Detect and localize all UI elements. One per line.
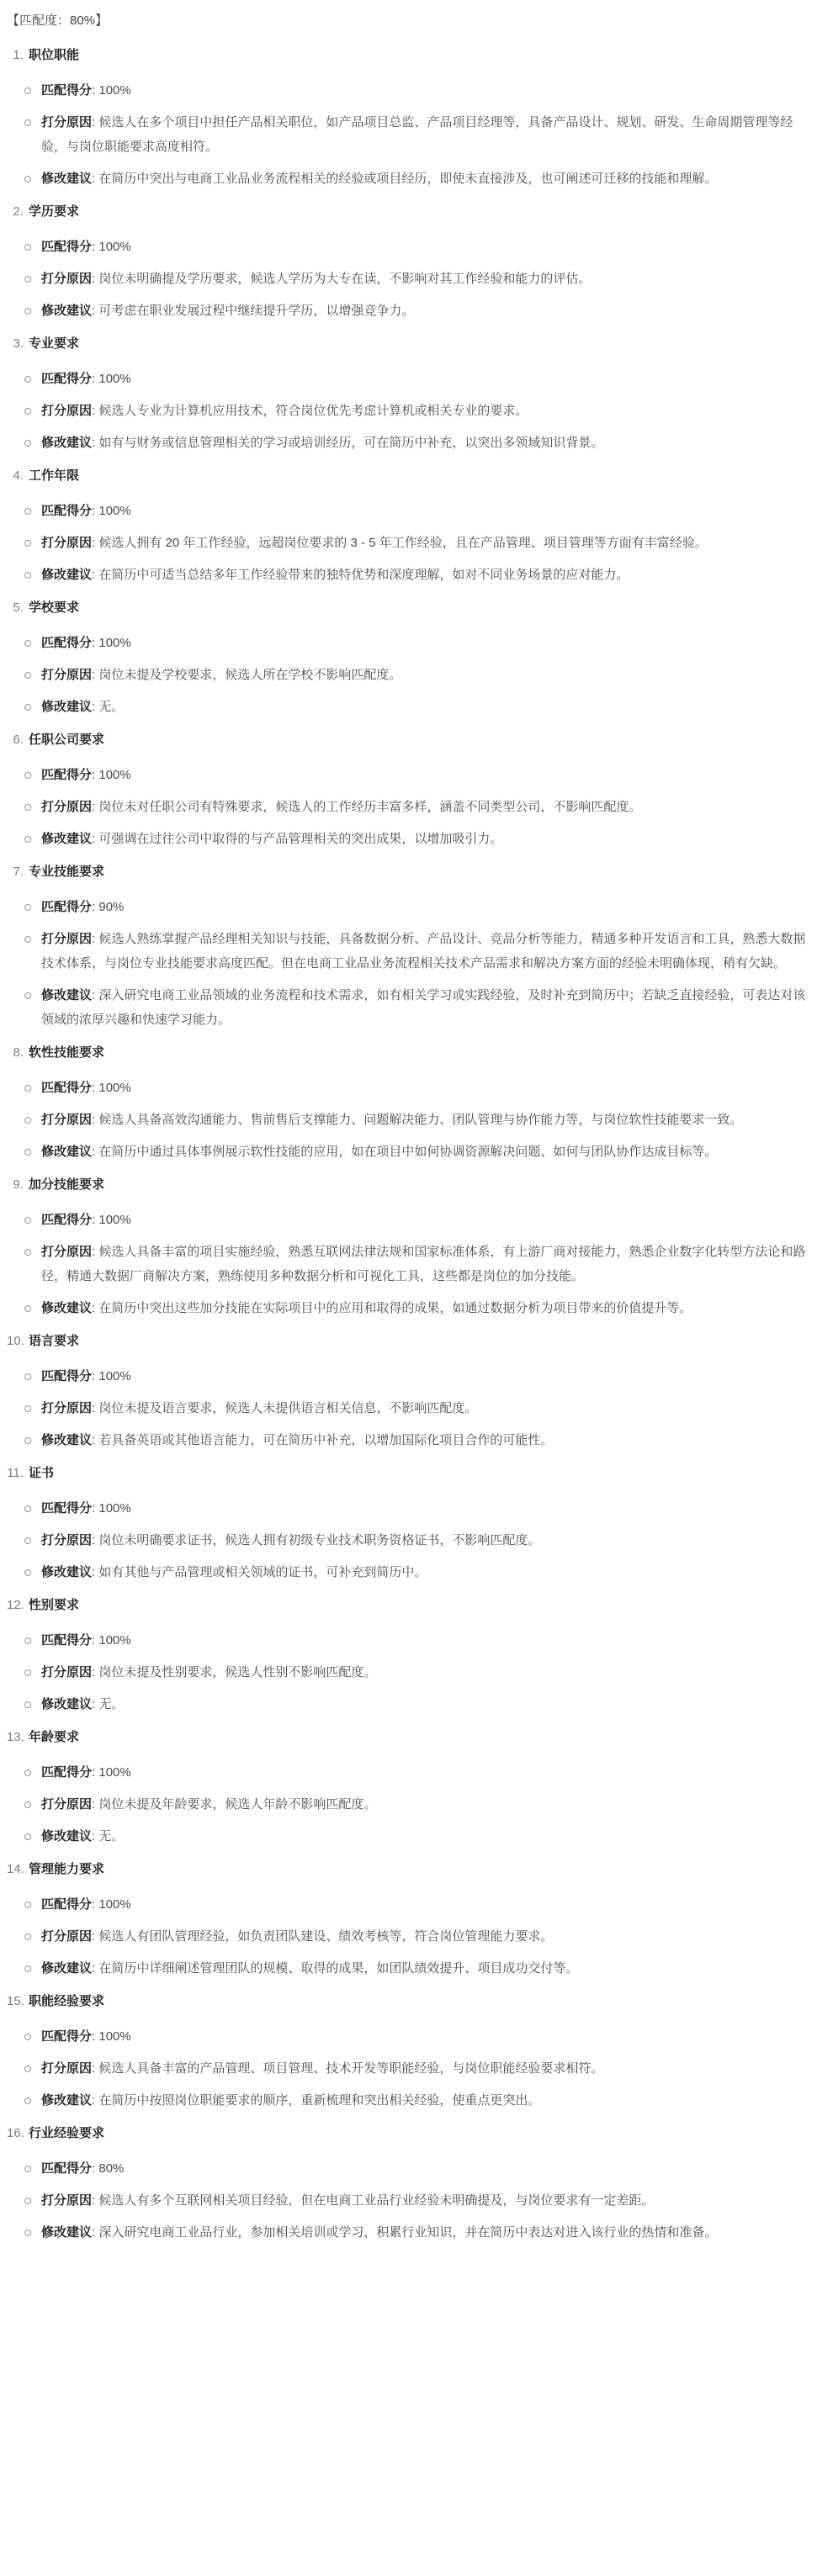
score-row: 匹配得分: 100% bbox=[24, 367, 823, 391]
suggestion-text: 修改建议: 深入研究电商工业品领域的业务流程和技术需求，如有相关学习或实践经验，… bbox=[41, 983, 823, 1032]
score-label: 匹配得分 bbox=[41, 1633, 92, 1648]
score-label: 匹配得分 bbox=[41, 636, 92, 650]
reason-row: 打分原因: 岗位未提及年龄要求，候选人年龄不影响匹配度。 bbox=[24, 1792, 823, 1817]
score-text: 匹配得分: 80% bbox=[41, 2156, 823, 2181]
reason-text: 打分原因: 岗位未明确要求证书，候选人拥有初级专业技术职务资格证书，不影响匹配度… bbox=[41, 1528, 823, 1552]
reason-text: 打分原因: 岗位未对任职公司有特殊要求，候选人的工作经历丰富多样，涵盖不同类型公… bbox=[41, 795, 823, 819]
score-label: 匹配得分 bbox=[41, 504, 92, 518]
score-value: 90% bbox=[98, 900, 124, 914]
score-label: 匹配得分 bbox=[41, 1369, 92, 1383]
circle-bullet-icon bbox=[24, 119, 31, 126]
section-header: 4. 工作年限 bbox=[7, 463, 823, 488]
section-heading: 任职公司要求 bbox=[29, 727, 104, 752]
suggestion-text: 修改建议: 在简历中通过具体事例展示软性技能的应用，如在项目中如何协调资源解决问… bbox=[41, 1140, 823, 1164]
score-text: 匹配得分: 100% bbox=[41, 367, 823, 391]
suggestion-value: 可考虑在职业发展过程中继续提升学历，以增强竞争力。 bbox=[98, 304, 414, 318]
score-value: 100% bbox=[98, 768, 130, 782]
circle-bullet-icon bbox=[24, 1801, 31, 1808]
criteria-section: 15. 职能经验要求 匹配得分: 100% 打分原因: 候选人具备丰富的产品管理… bbox=[7, 1989, 823, 2113]
reason-label: 打分原因 bbox=[41, 932, 92, 946]
circle-bullet-icon bbox=[24, 640, 31, 647]
circle-bullet-icon bbox=[24, 508, 31, 515]
section-header: 8. 软性技能要求 bbox=[7, 1040, 823, 1065]
suggestion-row: 修改建议: 可强调在过往公司中取得的与产品管理相关的突出成果，以增加吸引力。 bbox=[24, 827, 823, 851]
reason-text: 打分原因: 岗位未提及学校要求，候选人所在学校不影响匹配度。 bbox=[41, 663, 823, 687]
section-number: 7. bbox=[7, 860, 24, 884]
suggestion-label: 修改建议 bbox=[41, 1301, 92, 1315]
score-label: 匹配得分 bbox=[41, 900, 92, 914]
criteria-section: 10. 语言要求 匹配得分: 100% 打分原因: 岗位未提及语言要求，候选人未… bbox=[7, 1329, 823, 1452]
score-row: 匹配得分: 100% bbox=[24, 1496, 823, 1521]
section-heading: 行业经验要求 bbox=[29, 2121, 104, 2145]
reason-text: 打分原因: 候选人具备高效沟通能力、售前售后支撑能力、问题解决能力、团队管理与协… bbox=[41, 1108, 823, 1132]
reason-row: 打分原因: 岗位未对任职公司有特殊要求，候选人的工作经历丰富多样，涵盖不同类型公… bbox=[24, 795, 823, 819]
suggestion-label: 修改建议 bbox=[41, 1829, 92, 1843]
suggestion-label: 修改建议 bbox=[41, 304, 92, 318]
reason-label: 打分原因 bbox=[41, 1113, 92, 1127]
suggestion-text: 修改建议: 无。 bbox=[41, 1824, 823, 1849]
score-label: 匹配得分 bbox=[41, 372, 92, 386]
score-value: 100% bbox=[98, 636, 130, 650]
circle-bullet-icon bbox=[24, 1933, 31, 1940]
section-header: 3. 专业要求 bbox=[7, 331, 823, 356]
score-text: 匹配得分: 100% bbox=[41, 1892, 823, 1917]
suggestion-row: 修改建议: 在简历中突出与电商工业品业务流程相关的经验或项目经历，即使未直接涉及… bbox=[24, 167, 823, 191]
reason-text: 打分原因: 候选人在多个项目中担任产品相关职位，如产品项目总监、产品项目经理等，… bbox=[41, 110, 823, 159]
circle-bullet-icon bbox=[24, 1085, 31, 1092]
circle-bullet-icon bbox=[24, 992, 31, 999]
score-label: 匹配得分 bbox=[41, 1213, 92, 1227]
circle-bullet-icon bbox=[24, 1965, 31, 1972]
circle-bullet-icon bbox=[24, 276, 31, 283]
reason-label: 打分原因 bbox=[41, 1245, 92, 1259]
reason-value: 岗位未明确提及学历要求，候选人学历为大专在读，不影响对其工作经验和能力的评估。 bbox=[98, 272, 591, 286]
circle-bullet-icon bbox=[24, 2198, 31, 2204]
criteria-section: 5. 学校要求 匹配得分: 100% 打分原因: 岗位未提及学校要求，候选人所在… bbox=[7, 595, 823, 719]
circle-bullet-icon bbox=[24, 176, 31, 182]
suggestion-label: 修改建议 bbox=[41, 1565, 92, 1579]
circle-bullet-icon bbox=[24, 1117, 31, 1124]
suggestion-row: 修改建议: 在简历中可适当总结多年工作经验带来的独特优势和深度理解，如对不同业务… bbox=[24, 563, 823, 587]
score-row: 匹配得分: 100% bbox=[24, 1628, 823, 1653]
section-number: 6. bbox=[7, 727, 24, 752]
section-heading: 语言要求 bbox=[29, 1329, 79, 1353]
score-row: 匹配得分: 90% bbox=[24, 895, 823, 919]
suggestion-text: 修改建议: 若具备英语或其他语言能力，可在简历中补充，以增加国际化项目合作的可能… bbox=[41, 1428, 823, 1452]
suggestion-text: 修改建议: 在简历中可适当总结多年工作经验带来的独特优势和深度理解，如对不同业务… bbox=[41, 563, 823, 587]
score-text: 匹配得分: 90% bbox=[41, 895, 823, 919]
circle-bullet-icon bbox=[24, 672, 31, 679]
suggestion-label: 修改建议 bbox=[41, 832, 92, 846]
circle-bullet-icon bbox=[24, 1569, 31, 1576]
criteria-section: 8. 软性技能要求 匹配得分: 100% 打分原因: 候选人具备高效沟通能力、售… bbox=[7, 1040, 823, 1164]
section-detail-list: 匹配得分: 100% 打分原因: 岗位未对任职公司有特殊要求，候选人的工作经历丰… bbox=[7, 763, 823, 851]
suggestion-row: 修改建议: 如有与财务或信息管理相关的学习或培训经历，可在简历中补充，以突出多领… bbox=[24, 431, 823, 455]
match-report-document: 【匹配度：80%】 1. 职位职能 匹配得分: 100% 打分原因: 候选人在多… bbox=[0, 0, 833, 2267]
section-header: 6. 任职公司要求 bbox=[7, 727, 823, 752]
reason-row: 打分原因: 岗位未提及语言要求，候选人未提供语言相关信息，不影响匹配度。 bbox=[24, 1396, 823, 1420]
score-text: 匹配得分: 100% bbox=[41, 1076, 823, 1100]
reason-value: 岗位未提及年龄要求，候选人年龄不影响匹配度。 bbox=[98, 1797, 376, 1812]
circle-bullet-icon bbox=[24, 408, 31, 415]
score-label: 匹配得分 bbox=[41, 240, 92, 254]
reason-row: 打分原因: 候选人专业为计算机应用技术，符合岗位优先考虑计算机或相关专业的要求。 bbox=[24, 399, 823, 423]
section-number: 14. bbox=[7, 1857, 24, 1881]
suggestion-text: 修改建议: 可考虑在职业发展过程中继续提升学历，以增强竞争力。 bbox=[41, 299, 823, 323]
suggestion-row: 修改建议: 无。 bbox=[24, 695, 823, 719]
section-number: 2. bbox=[7, 199, 24, 224]
circle-bullet-icon bbox=[24, 1537, 31, 1544]
score-row: 匹配得分: 100% bbox=[24, 2024, 823, 2049]
section-detail-list: 匹配得分: 100% 打分原因: 岗位未提及语言要求，候选人未提供语言相关信息，… bbox=[7, 1364, 823, 1452]
score-value: 100% bbox=[98, 2029, 130, 2044]
circle-bullet-icon bbox=[24, 1701, 31, 1708]
circle-bullet-icon bbox=[24, 836, 31, 843]
section-header: 13. 年龄要求 bbox=[7, 1725, 823, 1749]
score-value: 100% bbox=[98, 240, 130, 254]
circle-bullet-icon bbox=[24, 1249, 31, 1256]
section-number: 1. bbox=[7, 43, 24, 67]
section-number: 10. bbox=[7, 1329, 24, 1353]
section-number: 15. bbox=[7, 1989, 24, 2013]
reason-label: 打分原因 bbox=[41, 1929, 92, 1944]
circle-bullet-icon bbox=[24, 1833, 31, 1840]
circle-bullet-icon bbox=[24, 2097, 31, 2104]
section-detail-list: 匹配得分: 100% 打分原因: 候选人具备高效沟通能力、售前售后支撑能力、问题… bbox=[7, 1076, 823, 1164]
reason-text: 打分原因: 候选人专业为计算机应用技术，符合岗位优先考虑计算机或相关专业的要求。 bbox=[41, 399, 823, 423]
score-value: 100% bbox=[98, 83, 130, 98]
suggestion-row: 修改建议: 在简历中突出这些加分技能在实际项目中的应用和取得的成果，如通过数据分… bbox=[24, 1296, 823, 1320]
score-label: 匹配得分 bbox=[41, 1501, 92, 1515]
circle-bullet-icon bbox=[24, 376, 31, 383]
suggestion-value: 如有与财务或信息管理相关的学习或培训经历，可在简历中补充，以突出多领域知识背景。 bbox=[98, 436, 603, 450]
circle-bullet-icon bbox=[24, 2066, 31, 2072]
circle-bullet-icon bbox=[24, 1669, 31, 1676]
criteria-section: 6. 任职公司要求 匹配得分: 100% 打分原因: 岗位未对任职公司有特殊要求… bbox=[7, 727, 823, 851]
circle-bullet-icon bbox=[24, 1505, 31, 1512]
score-text: 匹配得分: 100% bbox=[41, 78, 823, 103]
reason-label: 打分原因 bbox=[41, 2061, 92, 2076]
suggestion-value: 在简历中可适当总结多年工作经验带来的独特优势和深度理解，如对不同业务场景的应对能… bbox=[98, 568, 629, 582]
suggestion-value: 在简历中突出这些加分技能在实际项目中的应用和取得的成果，如通过数据分析为项目带来… bbox=[98, 1301, 692, 1315]
suggestion-row: 修改建议: 可考虑在职业发展过程中继续提升学历，以增强竞争力。 bbox=[24, 299, 823, 323]
suggestion-value: 可强调在过往公司中取得的与产品管理相关的突出成果，以增加吸引力。 bbox=[98, 832, 502, 846]
section-detail-list: 匹配得分: 100% 打分原因: 候选人有团队管理经验，如负责团队建设、绩效考核… bbox=[7, 1892, 823, 1981]
reason-value: 岗位未提及学校要求，候选人所在学校不影响匹配度。 bbox=[98, 668, 401, 682]
reason-row: 打分原因: 候选人熟练掌握产品经理相关知识与技能，具备数据分析、产品设计、竞品分… bbox=[24, 927, 823, 976]
suggestion-text: 修改建议: 可强调在过往公司中取得的与产品管理相关的突出成果，以增加吸引力。 bbox=[41, 827, 823, 851]
suggestion-label: 修改建议 bbox=[41, 436, 92, 450]
score-value: 100% bbox=[98, 1897, 130, 1912]
section-number: 13. bbox=[7, 1725, 24, 1749]
reason-label: 打分原因 bbox=[41, 1401, 92, 1415]
score-text: 匹配得分: 100% bbox=[41, 1760, 823, 1785]
circle-bullet-icon bbox=[24, 1217, 31, 1224]
suggestion-row: 修改建议: 深入研究电商工业品领域的业务流程和技术需求，如有相关学习或实践经验，… bbox=[24, 983, 823, 1032]
score-text: 匹配得分: 100% bbox=[41, 2024, 823, 2049]
section-number: 9. bbox=[7, 1172, 24, 1197]
section-heading: 工作年限 bbox=[29, 463, 79, 488]
suggestion-label: 修改建议 bbox=[41, 988, 92, 1002]
suggestion-text: 修改建议: 在简历中突出这些加分技能在实际项目中的应用和取得的成果，如通过数据分… bbox=[41, 1296, 823, 1320]
circle-bullet-icon bbox=[24, 2230, 31, 2236]
section-detail-list: 匹配得分: 100% 打分原因: 候选人专业为计算机应用技术，符合岗位优先考虑计… bbox=[7, 367, 823, 455]
score-value: 80% bbox=[98, 2161, 124, 2176]
criteria-section: 14. 管理能力要求 匹配得分: 100% 打分原因: 候选人有团队管理经验，如… bbox=[7, 1857, 823, 1981]
score-row: 匹配得分: 100% bbox=[24, 78, 823, 103]
section-detail-list: 匹配得分: 100% 打分原因: 候选人在多个项目中担任产品相关职位，如产品项目… bbox=[7, 78, 823, 191]
section-header: 9. 加分技能要求 bbox=[7, 1172, 823, 1197]
reason-row: 打分原因: 岗位未提及学校要求，候选人所在学校不影响匹配度。 bbox=[24, 663, 823, 687]
suggestion-label: 修改建议 bbox=[41, 700, 92, 714]
suggestion-text: 修改建议: 无。 bbox=[41, 1692, 823, 1716]
section-heading: 职能经验要求 bbox=[29, 1989, 104, 2013]
circle-bullet-icon bbox=[24, 1405, 31, 1412]
reason-text: 打分原因: 候选人具备丰富的产品管理、项目管理、技术开发等职能经验，与岗位职能经… bbox=[41, 2056, 823, 2081]
reason-label: 打分原因 bbox=[41, 115, 92, 130]
score-text: 匹配得分: 100% bbox=[41, 499, 823, 523]
section-heading: 年龄要求 bbox=[29, 1725, 79, 1749]
circle-bullet-icon bbox=[24, 936, 31, 943]
reason-label: 打分原因 bbox=[41, 272, 92, 286]
section-heading: 职位职能 bbox=[29, 43, 79, 67]
section-header: 16. 行业经验要求 bbox=[7, 2121, 823, 2145]
reason-value: 候选人专业为计算机应用技术，符合岗位优先考虑计算机或相关专业的要求。 bbox=[98, 404, 528, 418]
criteria-sections-list: 1. 职位职能 匹配得分: 100% 打分原因: 候选人在多个项目中担任产品相关… bbox=[7, 43, 823, 2245]
section-detail-list: 匹配得分: 100% 打分原因: 岗位未明确要求证书，候选人拥有初级专业技术职务… bbox=[7, 1496, 823, 1584]
suggestion-value: 无。 bbox=[98, 1829, 124, 1843]
reason-row: 打分原因: 岗位未明确要求证书，候选人拥有初级专业技术职务资格证书，不影响匹配度… bbox=[24, 1528, 823, 1552]
suggestion-label: 修改建议 bbox=[41, 1433, 92, 1447]
reason-row: 打分原因: 候选人有团队管理经验，如负责团队建设、绩效考核等，符合岗位管理能力要… bbox=[24, 1924, 823, 1949]
criteria-section: 2. 学历要求 匹配得分: 100% 打分原因: 岗位未明确提及学历要求，候选人… bbox=[7, 199, 823, 323]
score-label: 匹配得分 bbox=[41, 1765, 92, 1780]
suggestion-row: 修改建议: 无。 bbox=[24, 1824, 823, 1849]
section-number: 12. bbox=[7, 1593, 24, 1617]
circle-bullet-icon bbox=[24, 1305, 31, 1312]
criteria-section: 4. 工作年限 匹配得分: 100% 打分原因: 候选人拥有 20 年工作经验，… bbox=[7, 463, 823, 587]
score-text: 匹配得分: 100% bbox=[41, 1208, 823, 1232]
score-row: 匹配得分: 100% bbox=[24, 1076, 823, 1100]
criteria-section: 9. 加分技能要求 匹配得分: 100% 打分原因: 候选人具备丰富的项目实施经… bbox=[7, 1172, 823, 1320]
section-header: 5. 学校要求 bbox=[7, 595, 823, 620]
reason-value: 候选人有多个互联网相关项目经验，但在电商工业品行业经验未明确提及，与岗位要求有一… bbox=[98, 2193, 654, 2208]
section-header: 2. 学历要求 bbox=[7, 199, 823, 224]
reason-row: 打分原因: 候选人拥有 20 年工作经验，远超岗位要求的 3 - 5 年工作经验… bbox=[24, 531, 823, 555]
reason-row: 打分原因: 候选人具备丰富的项目实施经验，熟悉互联网法律法规和国家标准体系，有上… bbox=[24, 1240, 823, 1288]
reason-text: 打分原因: 候选人具备丰富的项目实施经验，熟悉互联网法律法规和国家标准体系，有上… bbox=[41, 1240, 823, 1288]
section-detail-list: 匹配得分: 100% 打分原因: 岗位未提及性别要求，候选人性别不影响匹配度。 … bbox=[7, 1628, 823, 1716]
circle-bullet-icon bbox=[24, 1902, 31, 1908]
score-value: 100% bbox=[98, 1633, 130, 1648]
reason-text: 打分原因: 岗位未提及年龄要求，候选人年龄不影响匹配度。 bbox=[41, 1792, 823, 1817]
reason-label: 打分原因 bbox=[41, 536, 92, 550]
section-heading: 证书 bbox=[29, 1461, 54, 1485]
suggestion-row: 修改建议: 若具备英语或其他语言能力，可在简历中补充，以增加国际化项目合作的可能… bbox=[24, 1428, 823, 1452]
circle-bullet-icon bbox=[24, 1149, 31, 1156]
score-label: 匹配得分 bbox=[41, 2161, 92, 2176]
reason-label: 打分原因 bbox=[41, 2193, 92, 2208]
score-row: 匹配得分: 100% bbox=[24, 235, 823, 259]
score-label: 匹配得分 bbox=[41, 83, 92, 98]
suggestion-row: 修改建议: 无。 bbox=[24, 1692, 823, 1716]
reason-label: 打分原因 bbox=[41, 800, 92, 814]
score-text: 匹配得分: 100% bbox=[41, 763, 823, 787]
suggestion-value: 深入研究电商工业品领域的业务流程和技术需求，如有相关学习或实践经验，及时补充到简… bbox=[41, 988, 805, 1027]
suggestion-value: 无。 bbox=[98, 1697, 124, 1711]
circle-bullet-icon bbox=[24, 1769, 31, 1776]
circle-bullet-icon bbox=[24, 704, 31, 711]
suggestion-value: 深入研究电商工业品行业，参加相关培训或学习，积累行业知识，并在简历中表达对进入该… bbox=[98, 2225, 717, 2240]
circle-bullet-icon bbox=[24, 1637, 31, 1644]
section-number: 3. bbox=[7, 331, 24, 356]
suggestion-text: 修改建议: 在简历中详细阐述管理团队的规模、取得的成果，如团队绩效提升、项目成功… bbox=[41, 1956, 823, 1981]
suggestion-label: 修改建议 bbox=[41, 2093, 92, 2108]
reason-text: 打分原因: 候选人熟练掌握产品经理相关知识与技能，具备数据分析、产品设计、竞品分… bbox=[41, 927, 823, 976]
reason-row: 打分原因: 岗位未提及性别要求，候选人性别不影响匹配度。 bbox=[24, 1660, 823, 1685]
suggestion-value: 在简历中详细阐述管理团队的规模、取得的成果，如团队绩效提升、项目成功交付等。 bbox=[98, 1961, 578, 1976]
circle-bullet-icon bbox=[24, 1437, 31, 1444]
score-label: 匹配得分 bbox=[41, 768, 92, 782]
suggestion-text: 修改建议: 深入研究电商工业品行业，参加相关培训或学习，积累行业知识，并在简历中… bbox=[41, 2220, 823, 2245]
reason-value: 候选人有团队管理经验，如负责团队建设、绩效考核等，符合岗位管理能力要求。 bbox=[98, 1929, 553, 1944]
score-value: 100% bbox=[98, 1081, 130, 1095]
criteria-section: 16. 行业经验要求 匹配得分: 80% 打分原因: 候选人有多个互联网相关项目… bbox=[7, 2121, 823, 2245]
circle-bullet-icon bbox=[24, 308, 31, 315]
suggestion-value: 无。 bbox=[98, 700, 124, 714]
section-header: 14. 管理能力要求 bbox=[7, 1857, 823, 1881]
circle-bullet-icon bbox=[24, 440, 31, 447]
section-detail-list: 匹配得分: 100% 打分原因: 岗位未明确提及学历要求，候选人学历为大专在读，… bbox=[7, 235, 823, 323]
section-heading: 软性技能要求 bbox=[29, 1040, 104, 1065]
section-heading: 性别要求 bbox=[29, 1593, 79, 1617]
circle-bullet-icon bbox=[24, 804, 31, 811]
score-value: 100% bbox=[98, 504, 130, 518]
reason-value: 岗位未提及语言要求，候选人未提供语言相关信息，不影响匹配度。 bbox=[98, 1401, 477, 1415]
suggestion-value: 在简历中突出与电商工业品业务流程相关的经验或项目经历，即使未直接涉及，也可阐述可… bbox=[98, 172, 717, 186]
reason-row: 打分原因: 候选人具备丰富的产品管理、项目管理、技术开发等职能经验，与岗位职能经… bbox=[24, 2056, 823, 2081]
section-heading: 专业要求 bbox=[29, 331, 79, 356]
criteria-section: 7. 专业技能要求 匹配得分: 90% 打分原因: 候选人熟练掌握产品经理相关知… bbox=[7, 860, 823, 1032]
criteria-section: 12. 性别要求 匹配得分: 100% 打分原因: 岗位未提及性别要求，候选人性… bbox=[7, 1593, 823, 1716]
circle-bullet-icon bbox=[24, 904, 31, 911]
reason-label: 打分原因 bbox=[41, 668, 92, 682]
section-header: 7. 专业技能要求 bbox=[7, 860, 823, 884]
section-number: 11. bbox=[7, 1461, 24, 1485]
score-text: 匹配得分: 100% bbox=[41, 631, 823, 655]
score-label: 匹配得分 bbox=[41, 1081, 92, 1095]
reason-value: 候选人拥有 20 年工作经验，远超岗位要求的 3 - 5 年工作经验，且在产品管… bbox=[98, 536, 707, 550]
reason-value: 岗位未提及性别要求，候选人性别不影响匹配度。 bbox=[98, 1665, 376, 1679]
score-value: 100% bbox=[98, 1501, 130, 1515]
suggestion-row: 修改建议: 深入研究电商工业品行业，参加相关培训或学习，积累行业知识，并在简历中… bbox=[24, 2220, 823, 2245]
suggestion-label: 修改建议 bbox=[41, 1697, 92, 1711]
criteria-section: 13. 年龄要求 匹配得分: 100% 打分原因: 岗位未提及年龄要求，候选人年… bbox=[7, 1725, 823, 1849]
score-row: 匹配得分: 100% bbox=[24, 1760, 823, 1785]
suggestion-value: 如有其他与产品管理或相关领域的证书，可补充到简历中。 bbox=[98, 1565, 427, 1579]
suggestion-value: 若具备英语或其他语言能力，可在简历中补充，以增加国际化项目合作的可能性。 bbox=[98, 1433, 553, 1447]
section-header: 1. 职位职能 bbox=[7, 43, 823, 67]
suggestion-value: 在简历中按照岗位职能要求的顺序，重新梳理和突出相关经验，使重点更突出。 bbox=[98, 2093, 540, 2108]
reason-row: 打分原因: 候选人具备高效沟通能力、售前售后支撑能力、问题解决能力、团队管理与协… bbox=[24, 1108, 823, 1132]
score-row: 匹配得分: 100% bbox=[24, 631, 823, 655]
section-heading: 学校要求 bbox=[29, 595, 79, 620]
reason-text: 打分原因: 候选人有团队管理经验，如负责团队建设、绩效考核等，符合岗位管理能力要… bbox=[41, 1924, 823, 1949]
reason-row: 打分原因: 候选人有多个互联网相关项目经验，但在电商工业品行业经验未明确提及，与… bbox=[24, 2188, 823, 2213]
reason-label: 打分原因 bbox=[41, 404, 92, 418]
reason-value: 候选人熟练掌握产品经理相关知识与技能，具备数据分析、产品设计、竞品分析等能力，精… bbox=[41, 932, 805, 971]
reason-label: 打分原因 bbox=[41, 1797, 92, 1812]
section-detail-list: 匹配得分: 90% 打分原因: 候选人熟练掌握产品经理相关知识与技能，具备数据分… bbox=[7, 895, 823, 1032]
reason-value: 岗位未对任职公司有特殊要求，候选人的工作经历丰富多样，涵盖不同类型公司，不影响匹… bbox=[98, 800, 641, 814]
section-header: 10. 语言要求 bbox=[7, 1329, 823, 1353]
section-heading: 管理能力要求 bbox=[29, 1857, 104, 1881]
section-detail-list: 匹配得分: 100% 打分原因: 候选人具备丰富的产品管理、项目管理、技术开发等… bbox=[7, 2024, 823, 2113]
circle-bullet-icon bbox=[24, 2166, 31, 2172]
circle-bullet-icon bbox=[24, 87, 31, 94]
section-number: 16. bbox=[7, 2121, 24, 2145]
score-text: 匹配得分: 100% bbox=[41, 1496, 823, 1521]
reason-label: 打分原因 bbox=[41, 1533, 92, 1547]
suggestion-text: 修改建议: 在简历中按照岗位职能要求的顺序，重新梳理和突出相关经验，使重点更突出… bbox=[41, 2088, 823, 2113]
circle-bullet-icon bbox=[24, 572, 31, 579]
suggestion-row: 修改建议: 在简历中详细阐述管理团队的规模、取得的成果，如团队绩效提升、项目成功… bbox=[24, 1956, 823, 1981]
section-number: 8. bbox=[7, 1040, 24, 1065]
suggestion-text: 修改建议: 在简历中突出与电商工业品业务流程相关的经验或项目经历，即使未直接涉及… bbox=[41, 167, 823, 191]
suggestion-label: 修改建议 bbox=[41, 568, 92, 582]
score-value: 100% bbox=[98, 1765, 130, 1780]
score-label: 匹配得分 bbox=[41, 2029, 92, 2044]
reason-text: 打分原因: 候选人有多个互联网相关项目经验，但在电商工业品行业经验未明确提及，与… bbox=[41, 2188, 823, 2213]
criteria-section: 1. 职位职能 匹配得分: 100% 打分原因: 候选人在多个项目中担任产品相关… bbox=[7, 43, 823, 191]
suggestion-text: 修改建议: 无。 bbox=[41, 695, 823, 719]
reason-value: 岗位未明确要求证书，候选人拥有初级专业技术职务资格证书，不影响匹配度。 bbox=[98, 1533, 540, 1547]
circle-bullet-icon bbox=[24, 1373, 31, 1380]
score-value: 100% bbox=[98, 1369, 130, 1383]
score-row: 匹配得分: 100% bbox=[24, 499, 823, 523]
circle-bullet-icon bbox=[24, 2034, 31, 2040]
score-text: 匹配得分: 100% bbox=[41, 235, 823, 259]
reason-label: 打分原因 bbox=[41, 1665, 92, 1679]
reason-value: 候选人具备丰富的项目实施经验，熟悉互联网法律法规和国家标准体系，有上游厂商对接能… bbox=[41, 1245, 805, 1283]
reason-text: 打分原因: 岗位未提及性别要求，候选人性别不影响匹配度。 bbox=[41, 1660, 823, 1685]
section-heading: 学历要求 bbox=[29, 199, 79, 224]
suggestion-value: 在简历中通过具体事例展示软性技能的应用，如在项目中如何协调资源解决问题、如何与团… bbox=[98, 1145, 717, 1159]
suggestion-label: 修改建议 bbox=[41, 2225, 92, 2240]
score-text: 匹配得分: 100% bbox=[41, 1628, 823, 1653]
score-row: 匹配得分: 100% bbox=[24, 763, 823, 787]
page-title: 【匹配度：80%】 bbox=[7, 8, 823, 33]
score-value: 100% bbox=[98, 372, 130, 386]
section-detail-list: 匹配得分: 100% 打分原因: 候选人拥有 20 年工作经验，远超岗位要求的 … bbox=[7, 499, 823, 587]
section-number: 5. bbox=[7, 595, 24, 620]
reason-text: 打分原因: 候选人拥有 20 年工作经验，远超岗位要求的 3 - 5 年工作经验… bbox=[41, 531, 823, 555]
circle-bullet-icon bbox=[24, 772, 31, 779]
reason-row: 打分原因: 候选人在多个项目中担任产品相关职位，如产品项目总监、产品项目经理等，… bbox=[24, 110, 823, 159]
section-detail-list: 匹配得分: 100% 打分原因: 候选人具备丰富的项目实施经验，熟悉互联网法律法… bbox=[7, 1208, 823, 1320]
criteria-section: 11. 证书 匹配得分: 100% 打分原因: 岗位未明确要求证书，候选人拥有初… bbox=[7, 1461, 823, 1584]
score-row: 匹配得分: 80% bbox=[24, 2156, 823, 2181]
section-detail-list: 匹配得分: 100% 打分原因: 岗位未提及学校要求，候选人所在学校不影响匹配度… bbox=[7, 631, 823, 719]
section-heading: 加分技能要求 bbox=[29, 1172, 104, 1197]
suggestion-text: 修改建议: 如有其他与产品管理或相关领域的证书，可补充到简历中。 bbox=[41, 1560, 823, 1584]
suggestion-row: 修改建议: 在简历中通过具体事例展示软性技能的应用，如在项目中如何协调资源解决问… bbox=[24, 1140, 823, 1164]
section-header: 11. 证书 bbox=[7, 1461, 823, 1485]
score-row: 匹配得分: 100% bbox=[24, 1364, 823, 1389]
score-value: 100% bbox=[98, 1213, 130, 1227]
section-number: 4. bbox=[7, 463, 24, 488]
suggestion-label: 修改建议 bbox=[41, 1145, 92, 1159]
